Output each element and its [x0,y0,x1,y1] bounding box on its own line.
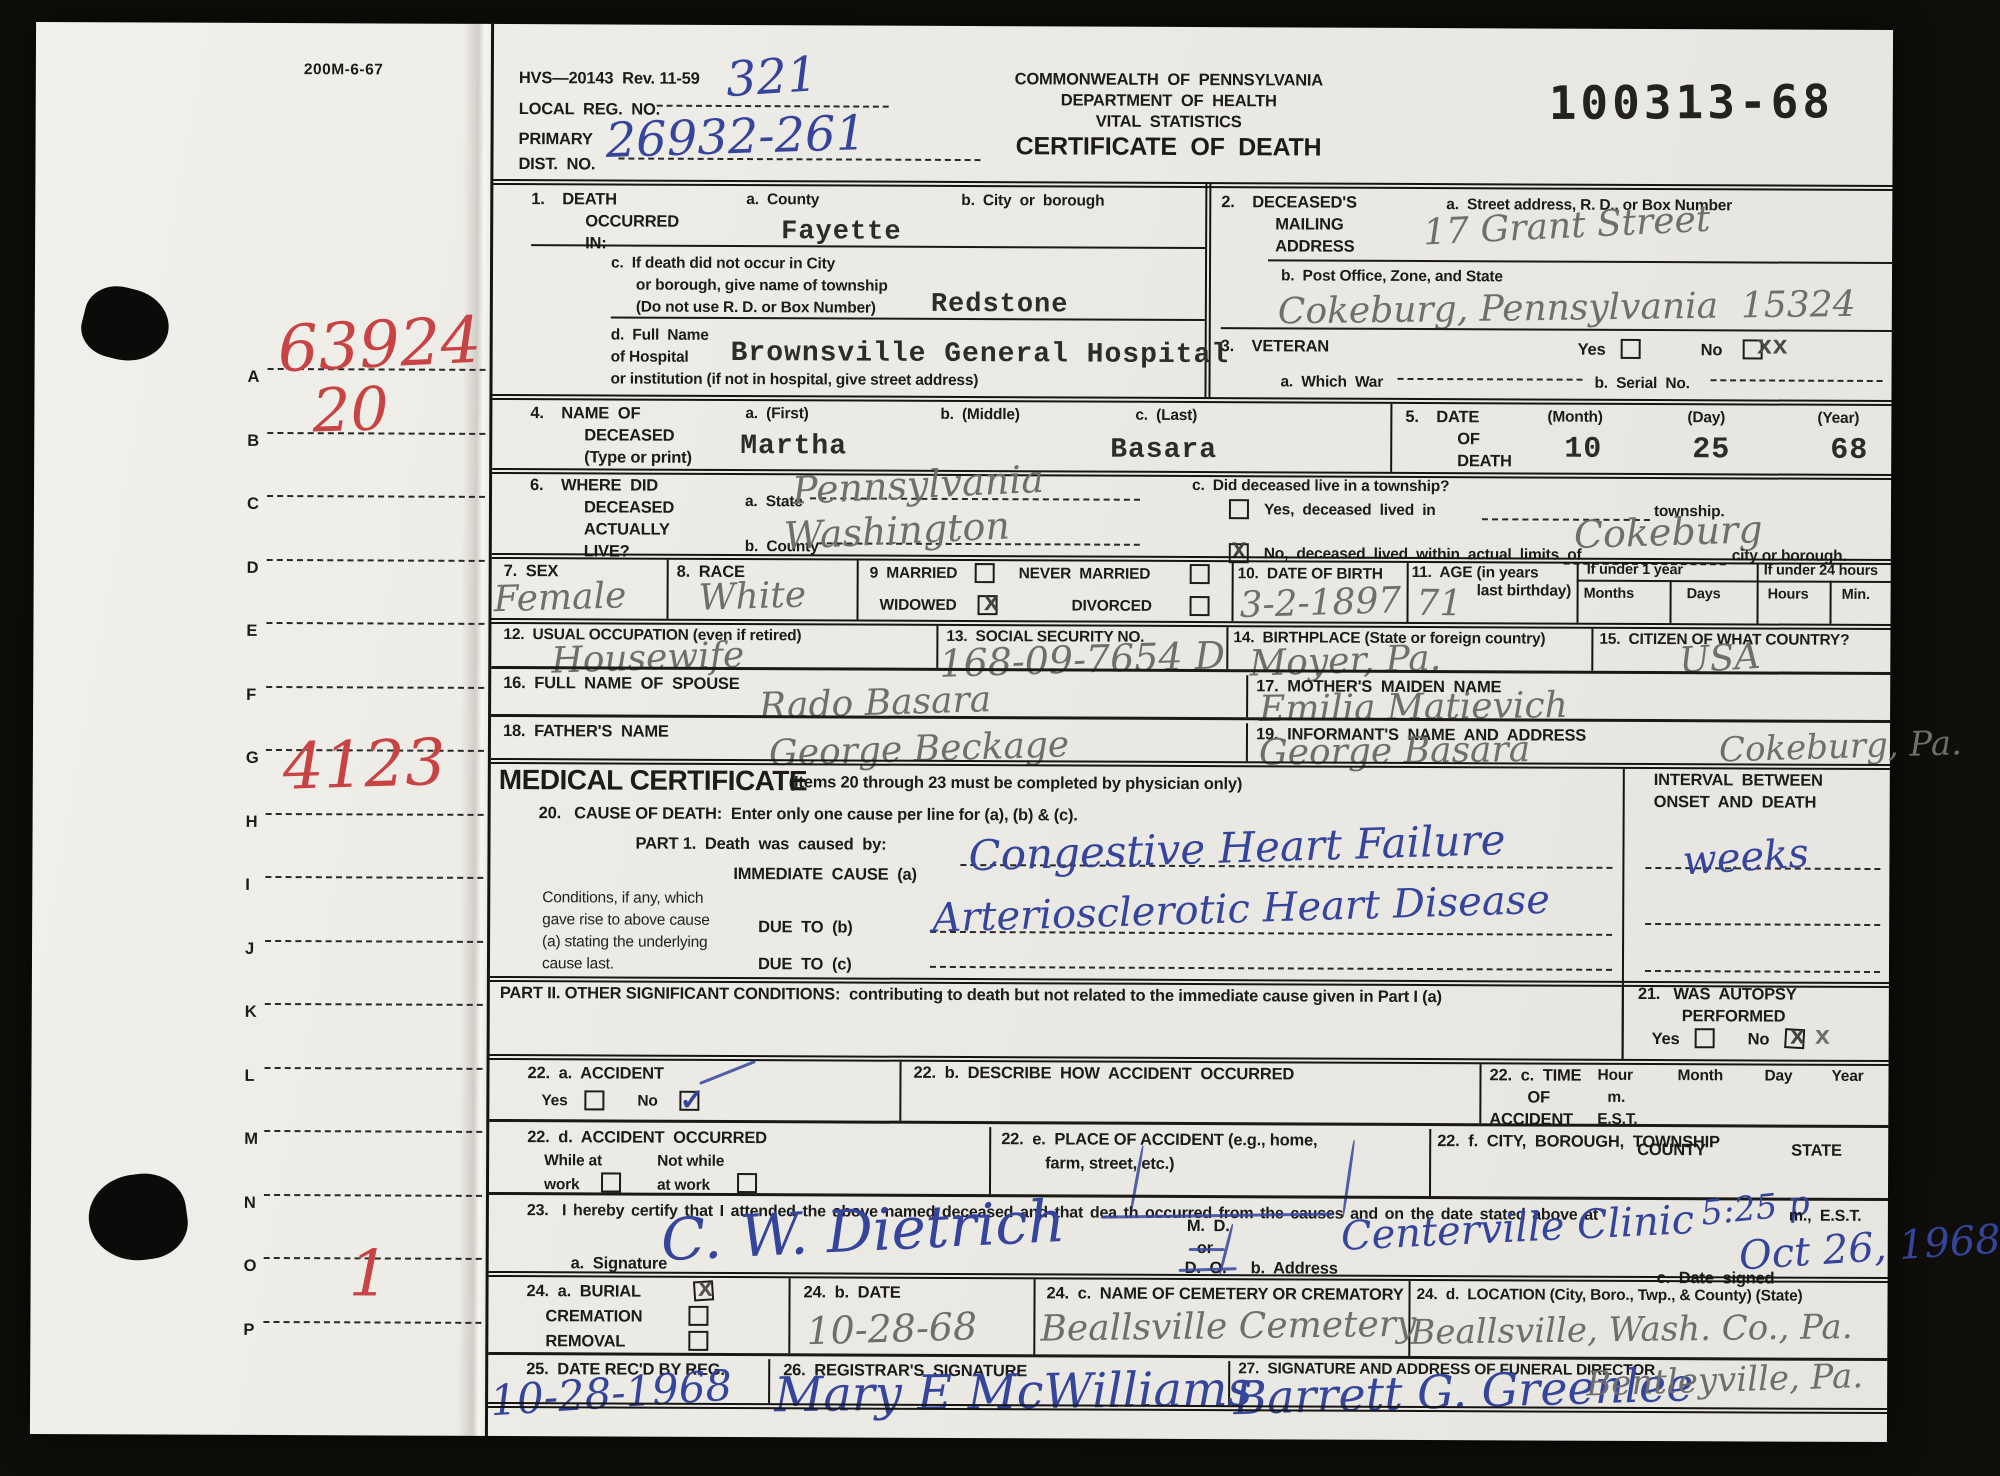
stub-letter: D [247,559,259,578]
stub-letter: K [245,1003,257,1022]
s3-label: 3. VETERAN [1221,337,1329,356]
s9-married-checkbox [975,563,995,583]
s22d-label: 22. d. ACCIDENT OCCURRED [527,1128,767,1148]
s21-no-label: No [1748,1030,1770,1049]
s9-divorced-label: DIVORCED [1072,597,1152,615]
s11-label: 11. AGE (in years [1412,564,1539,583]
s1d-label2: of Hospital [611,348,689,366]
dist-value: 26932-261 [605,109,867,165]
s4-label: 4. NAME OF [530,404,640,423]
s3-no-label: No [1701,341,1723,360]
s5-label: 5. DATE [1405,408,1479,427]
stub-letter: L [244,1067,254,1086]
s13-value: 168-09-7654 D [939,636,1226,683]
s6-label2: DECEASED [584,498,674,517]
stub-red-entry-p: 1 [348,1237,389,1311]
s20-cond4: cause last. [542,955,614,973]
s22a-no-label: No [637,1093,657,1111]
s1c-label1: c. If death did not occur in City [611,254,835,273]
stub-letter: A [247,368,259,387]
interval-value: weeks [1681,833,1810,881]
s1c-label3: (Do not use R. D. or Box Number) [636,299,876,318]
s24-cremation-checkbox [688,1306,708,1326]
s20-cause-a-value: Congestive Heart Failure [968,819,1506,877]
s22c-m-label: m. [1607,1089,1625,1107]
s24-location-value: Beallsville, Wash. Co., Pa. [1410,1310,1853,1350]
s5-label2: OF [1457,430,1480,449]
s24-cremation-label: CREMATION [545,1307,642,1326]
s8-value: White [698,577,807,616]
file-number-stamp: 100313-68 [1549,74,1835,130]
s3-yes-label: Yes [1578,341,1606,360]
s3-whichwar-label: a. Which War [1280,373,1383,391]
s19-address: Cokeburg, Pa. [1718,726,1962,767]
certificate-paper: 200M-6-67 A B C D E F G H I J K L M N O … [30,22,1893,1442]
s3-serial-label: b. Serial No. [1594,375,1689,393]
s22a-yes-checkbox [584,1090,604,1110]
stub-letter: C [247,495,259,514]
s1c-label2: or borough, give name of township [636,277,888,296]
commonwealth-title: COMMONWEALTH OF PENNSYLVANIA [944,70,1394,91]
s1a-label: a. County [746,191,819,209]
s24-date-value: 10-28-68 [806,1307,978,1350]
s6-county-value: Washington [783,506,1011,555]
s21-label2: PERFORMED [1682,1007,1786,1026]
medical-title: MEDICAL CERTIFICATE [499,764,807,797]
punch-hole [75,279,176,370]
s22d-notwhile-checkbox [737,1173,757,1193]
s1-county-value: Fayette [781,217,902,248]
s6-label3: ACTUALLY [584,520,670,539]
s17-value: Emilia Matievich [1259,688,1568,728]
stub-letter: I [245,876,249,895]
s5-label3: DEATH [1457,452,1512,471]
s26-value: Mary E McWilliams [774,1365,1253,1419]
s9-never-label: NEVER MARRIED [1019,565,1151,584]
s11-min-label: Min. [1842,587,1870,603]
certificate-form: HVS—20143 Rev. 11-59 LOCAL REG. NO. 321 … [485,24,1891,1442]
s9-widowed-label: WIDOWED [880,597,957,615]
s11-hours-label: Hours [1768,587,1809,603]
s4-middle-label: b. (Middle) [940,406,1019,424]
s5-year-value: 68 [1830,434,1868,468]
s23-md-label: M. D. [1187,1217,1230,1236]
s10-value: 3-2-1897 [1239,583,1402,624]
stub-letter: H [246,813,258,832]
s24-burial-mark: x [698,1274,714,1304]
s22f-state-label: STATE [1791,1142,1842,1161]
s22a-yes-label: Yes [541,1092,567,1110]
s12-value: Housewife [551,638,745,680]
s9-married-label: 9 MARRIED [870,565,958,583]
department-title: DEPARTMENT OF HEALTH [944,91,1394,112]
stub-red-entry-b: 20 [311,374,389,446]
s24b-label: 24. b. DATE [804,1283,901,1302]
s22b-label: 22. b. DESCRIBE HOW ACCIDENT OCCURRED [913,1064,1294,1085]
s3-yes-checkbox [1621,339,1641,359]
local-reg-value: 321 [724,50,819,104]
stub-letter: O [244,1257,257,1276]
s9-never-checkbox [1190,564,1210,584]
s11-value: 71 [1416,586,1462,622]
stub-letter: J [245,940,254,959]
s21-no-mark: x [1790,1022,1806,1052]
s20-immediate-label: IMMEDIATE CAUSE (a) [733,865,917,885]
s22e-label2: farm, street, etc.) [1045,1154,1174,1174]
s23-signature-value: C. W. Dietrich [660,1192,1067,1269]
s6-label: 6. WHERE DID [530,476,658,496]
s22c-hour-label: Hour [1597,1067,1632,1085]
stub-letter: E [246,622,257,641]
s2-label2: MAILING [1275,215,1343,234]
s6-yes-checkbox [1229,499,1249,519]
pen-stroke [1189,1248,1225,1251]
s21-yes-label: Yes [1652,1030,1680,1049]
s1d-label3: or institution (if not in hospital, give… [610,370,978,390]
s24-cemetery-value: Beallsville Cemetery [1040,1307,1416,1348]
s24a-label: 24. a. BURIAL [527,1282,641,1301]
s22c-label: 22. c. TIME [1489,1066,1581,1085]
s20-cond2: gave rise to above cause [542,911,710,930]
s1b-label: b. City or borough [961,192,1104,211]
s23-date-value: Oct 26, 1968 [1738,1219,2000,1276]
s4-last-value: Basara [1110,435,1217,466]
s1-label2: OCCURRED [585,212,679,231]
vital-title: VITAL STATISTICS [944,112,1394,133]
s21-label: 21. WAS AUTOPSY [1638,985,1797,1005]
s1d-label1: d. Full Name [611,326,709,344]
s2-postoffice-value: Cokeburg, Pennsylvania 15324 [1278,287,1856,331]
s5-day-label: (Day) [1687,409,1725,427]
s1-township-value: Redstone [931,290,1069,321]
s9-divorced-checkbox [1190,596,1210,616]
s22e-label: 22. e. PLACE OF ACCIDENT (e.g., home, [1001,1130,1317,1150]
punch-hole [84,1168,193,1266]
s18-label: 18. FATHER'S NAME [503,722,669,742]
interval-label2: ONSET AND DEATH [1654,793,1817,813]
s22d-while-label: While at [544,1152,602,1170]
s20-due-c-label: DUE TO (c) [758,955,852,974]
s1-label: 1. DEATH [531,190,617,209]
s11-under1-label: If under 1 year [1587,562,1683,578]
s22c-label2: OF [1527,1088,1550,1107]
s11-days-label: Days [1687,586,1721,602]
s16-label: 16. FULL NAME OF SPOUSE [503,674,739,694]
s20-cond1: Conditions, if any, which [542,889,703,908]
s5-year-label: (Year) [1817,410,1859,428]
s6c-label: c. Did deceased live in a township? [1192,477,1449,496]
interval-label1: INTERVAL BETWEEN [1654,771,1823,791]
stub-red-entry-h: 4123 [282,726,447,805]
s25-value: 10-28-1968 [489,1365,733,1423]
medical-subtitle: (Items 20 through 23 must be completed b… [789,773,1243,794]
s24-removal-label: REMOVAL [545,1332,625,1351]
s22c-label3: ACCIDENT [1489,1110,1573,1129]
pen-stroke [699,1060,756,1085]
s24d-label: 24. d. LOCATION (City, Boro., Twp., & Co… [1417,1286,1803,1306]
part2-label: PART II. OTHER SIGNIFICANT CONDITIONS: c… [500,984,1442,1007]
stub-letter: G [246,749,259,768]
s20-due-b-label: DUE TO (b) [758,918,853,937]
certificate-title: CERTIFICATE OF DEATH [923,132,1413,163]
s1-hospital-value: Brownsville General Hospital [731,338,1230,371]
s22d-notwhile-label: Not while [657,1153,724,1171]
s5-month-value: 10 [1564,433,1602,467]
s22c-day-label: Day [1764,1068,1792,1086]
s24-removal-checkbox [688,1331,708,1351]
s22c-month-label: Month [1677,1067,1723,1085]
s4-first-label: a. (First) [745,405,808,423]
s22c-year-label: Year [1831,1068,1863,1086]
s11-months-label: Months [1584,586,1634,602]
print-code: 200M-6-67 [304,61,384,79]
s20-cause-b-value: Arteriosclerotic Heart Disease [932,880,1551,939]
s20-part1-label: PART 1. Death was caused by: [635,835,886,855]
s21-yes-checkbox [1695,1028,1715,1048]
s4-label2: DECEASED [584,426,674,445]
s2b-label: b. Post Office, Zone, and State [1281,267,1503,286]
s6-state-value: Pennsylvania [791,460,1044,510]
s11-label2: last birthday) [1477,582,1572,600]
s9-widowed-mark: x [983,588,999,618]
s4-last-label: c. (Last) [1135,407,1197,425]
s27-address-value: Bentleyville, Pa. [1586,1359,1864,1401]
stub-letter: M [244,1130,258,1149]
s22f-county-label: COUNTY [1637,1141,1706,1160]
s4-first-value: Martha [740,431,847,462]
s7-value: Female [493,578,627,618]
form-number: HVS—20143 Rev. 11-59 [519,69,700,89]
s5-month-label: (Month) [1547,409,1602,427]
s22d-while-checkbox [601,1172,621,1192]
s21-no-mark-2: x [1815,1022,1831,1052]
stub-letter: F [246,686,256,705]
s6-yes-text: Yes, deceased lived in [1264,501,1436,520]
s23-cert-text2: m., E.S.T. [1789,1208,1862,1226]
stub-letter: B [247,432,259,451]
s3-no-mark: xx [1757,331,1788,361]
s5-day-value: 25 [1692,433,1730,467]
dist-label: DIST. NO. [518,155,595,174]
s22a-label: 22. a. ACCIDENT [527,1064,663,1084]
stub-letter: N [244,1194,256,1213]
s2-label3: ADDRESS [1275,237,1354,256]
s2-label: 2. DECEASED'S [1221,193,1357,213]
s11-under24-label: If under 24 hours [1764,562,1878,578]
stub-letter: P [243,1321,254,1340]
primary-label: PRIMARY [519,130,593,149]
s20-label: 20. CAUSE OF DEATH: Enter only one cause… [539,804,1078,825]
s22a-no-check: ✓ [679,1083,704,1120]
s14-value: Moyer, Pa. [1249,641,1442,683]
s4-label3: (Type or print) [584,448,692,467]
s24c-label: 24. c. NAME OF CEMETERY OR CREMATORY [1047,1284,1404,1305]
s20-cond3: (a) stating the underlying [542,933,707,952]
